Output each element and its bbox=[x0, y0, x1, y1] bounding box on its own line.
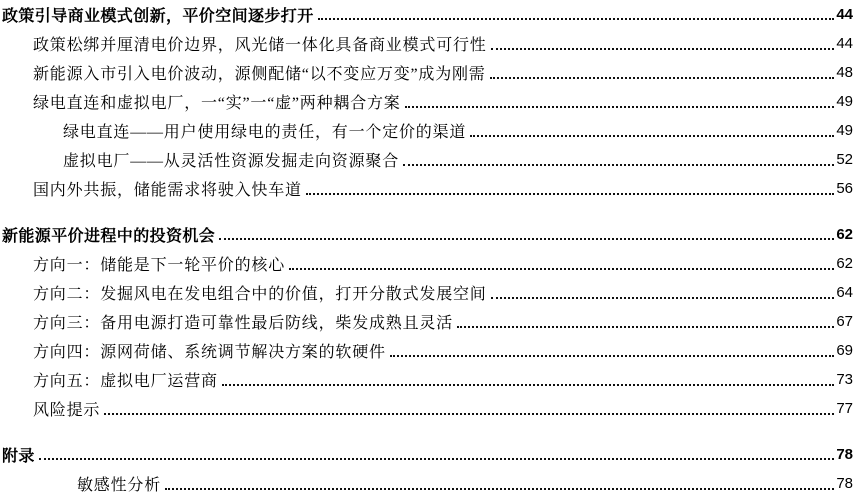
toc-entry-label: 方向三：备用电源打造可靠性最后防线，柴发成熟且灵活 bbox=[33, 310, 453, 333]
toc-entry-label: 绿电直连和虚拟电厂，一“实”一“虚”两种耦合方案 bbox=[33, 90, 401, 113]
toc-entry[interactable]: 方向五：虚拟电厂运营商 73 bbox=[0, 365, 853, 394]
toc-entry-page-number: 64 bbox=[836, 284, 853, 301]
dot-leader bbox=[491, 48, 835, 50]
toc-entry-label: 方向一：储能是下一轮平价的核心 bbox=[33, 252, 285, 275]
table-of-contents: 政策引导商业模式创新，平价空间逐步打开 44 政策松绑并厘清电价边界，风光储一体… bbox=[0, 0, 853, 492]
dot-leader bbox=[318, 18, 835, 20]
toc-entry[interactable]: 国内外共振，储能需求将驶入快车道 56 bbox=[0, 174, 853, 203]
toc-entry-page-number: 77 bbox=[836, 400, 853, 417]
toc-entry[interactable]: 绿电直连和虚拟电厂，一“实”一“虚”两种耦合方案 49 bbox=[0, 87, 853, 116]
toc-entry-page-number: 44 bbox=[836, 35, 853, 52]
toc-entry[interactable]: 政策引导商业模式创新，平价空间逐步打开 44 bbox=[0, 0, 853, 29]
toc-entry-label: 附录 bbox=[2, 443, 35, 466]
toc-entry-label: 政策松绑并厘清电价边界，风光储一体化具备商业模式可行性 bbox=[33, 32, 487, 55]
toc-entry[interactable]: 方向三：备用电源打造可靠性最后防线，柴发成熟且灵活 67 bbox=[0, 307, 853, 336]
toc-entry-label: 国内外共振，储能需求将驶入快车道 bbox=[33, 177, 302, 200]
toc-entry-page-number: 67 bbox=[836, 313, 853, 330]
toc-entry-label: 新能源入市引入电价波动，源侧配储“以不变应万变”成为刚需 bbox=[33, 61, 486, 84]
toc-entry-page-number: 78 bbox=[836, 475, 853, 492]
dot-leader bbox=[470, 135, 834, 137]
toc-entry[interactable]: 虚拟电厂——从灵活性资源发掘走向资源聚合 52 bbox=[0, 145, 853, 174]
dot-leader bbox=[165, 488, 834, 490]
toc-entry[interactable]: 方向四：源网荷储、系统调节解决方案的软硬件 69 bbox=[0, 336, 853, 365]
toc-entry[interactable]: 方向二：发掘风电在发电组合中的价值，打开分散式发展空间 64 bbox=[0, 278, 853, 307]
toc-entry-page-number: 52 bbox=[836, 151, 853, 168]
toc-entry-label: 方向二：发掘风电在发电组合中的价值，打开分散式发展空间 bbox=[33, 281, 487, 304]
toc-entry-label: 绿电直连——用户使用绿电的责任，有一个定价的渠道 bbox=[63, 119, 466, 142]
toc-entry[interactable]: 新能源入市引入电价波动，源侧配储“以不变应万变”成为刚需 48 bbox=[0, 58, 853, 87]
dot-leader bbox=[457, 326, 834, 328]
toc-entry[interactable]: 风险提示 77 bbox=[0, 394, 853, 423]
toc-entry-label: 敏感性分析 bbox=[77, 472, 161, 492]
toc-entry-page-number: 62 bbox=[836, 255, 853, 272]
dot-leader bbox=[104, 413, 834, 415]
dot-leader bbox=[219, 238, 834, 240]
toc-entry-page-number: 56 bbox=[836, 180, 853, 197]
toc-entry[interactable]: 方向一：储能是下一轮平价的核心 62 bbox=[0, 249, 853, 278]
document-toc-page: 政策引导商业模式创新，平价空间逐步打开 44 政策松绑并厘清电价边界，风光储一体… bbox=[0, 0, 855, 492]
toc-entry-page-number: 44 bbox=[836, 6, 853, 23]
toc-entry-label: 虚拟电厂——从灵活性资源发掘走向资源聚合 bbox=[63, 148, 399, 171]
dot-leader bbox=[390, 355, 835, 357]
toc-entry-label: 政策引导商业模式创新，平价空间逐步打开 bbox=[2, 3, 314, 26]
toc-entry-page-number: 49 bbox=[836, 93, 853, 110]
dot-leader bbox=[222, 384, 835, 386]
toc-entry[interactable]: 政策松绑并厘清电价边界，风光储一体化具备商业模式可行性 44 bbox=[0, 29, 853, 58]
toc-entry-page-number: 48 bbox=[836, 64, 853, 81]
toc-entry-page-number: 69 bbox=[836, 342, 853, 359]
toc-entry-label: 风险提示 bbox=[33, 397, 100, 420]
dot-leader bbox=[403, 164, 834, 166]
dot-leader bbox=[405, 106, 835, 108]
toc-entry-label: 方向四：源网荷储、系统调节解决方案的软硬件 bbox=[33, 339, 386, 362]
toc-entry[interactable]: 新能源平价进程中的投资机会 62 bbox=[0, 220, 853, 249]
dot-leader bbox=[306, 193, 835, 195]
dot-leader bbox=[490, 77, 835, 79]
dot-leader bbox=[491, 297, 835, 299]
dot-leader bbox=[289, 268, 834, 270]
toc-entry[interactable]: 附录 78 bbox=[0, 440, 853, 469]
toc-entry-label: 新能源平价进程中的投资机会 bbox=[2, 223, 215, 246]
toc-entry[interactable]: 敏感性分析 78 bbox=[0, 469, 853, 492]
toc-entry[interactable]: 绿电直连——用户使用绿电的责任，有一个定价的渠道 49 bbox=[0, 116, 853, 145]
toc-entry-page-number: 49 bbox=[836, 122, 853, 139]
toc-entry-label: 方向五：虚拟电厂运营商 bbox=[33, 368, 218, 391]
toc-entry-page-number: 62 bbox=[836, 226, 853, 243]
dot-leader bbox=[39, 458, 835, 460]
toc-entry-page-number: 73 bbox=[836, 371, 853, 388]
toc-entry-page-number: 78 bbox=[836, 446, 853, 463]
